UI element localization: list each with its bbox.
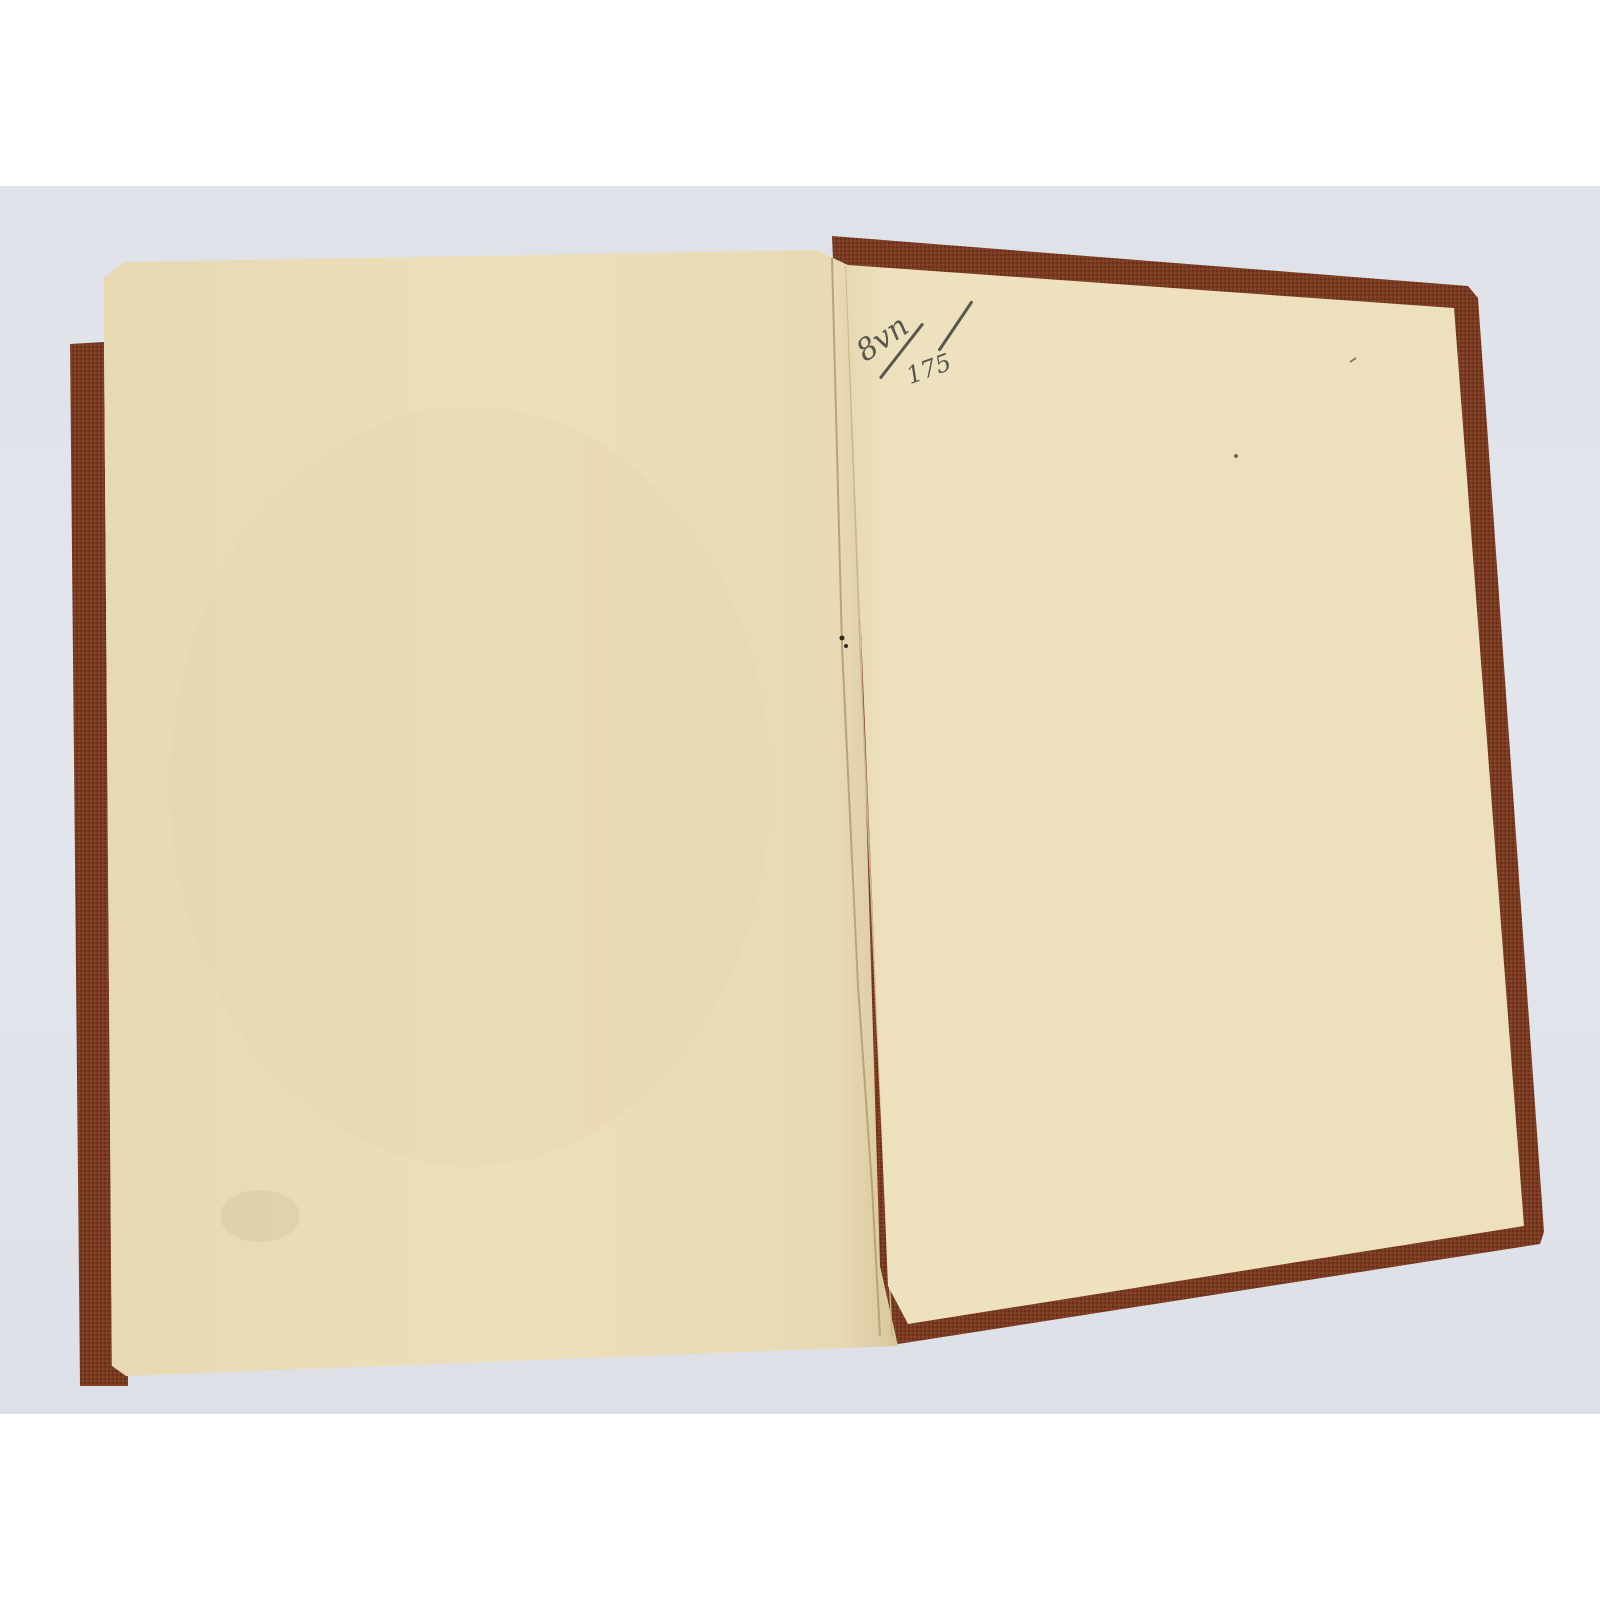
book-illustration xyxy=(0,186,1600,1414)
left-page xyxy=(104,250,898,1376)
scene-description: open hardcover book showing blank endpap… xyxy=(0,0,1,1)
book-photo: 8vn 175 xyxy=(0,186,1600,1414)
right-page xyxy=(834,264,1524,1324)
